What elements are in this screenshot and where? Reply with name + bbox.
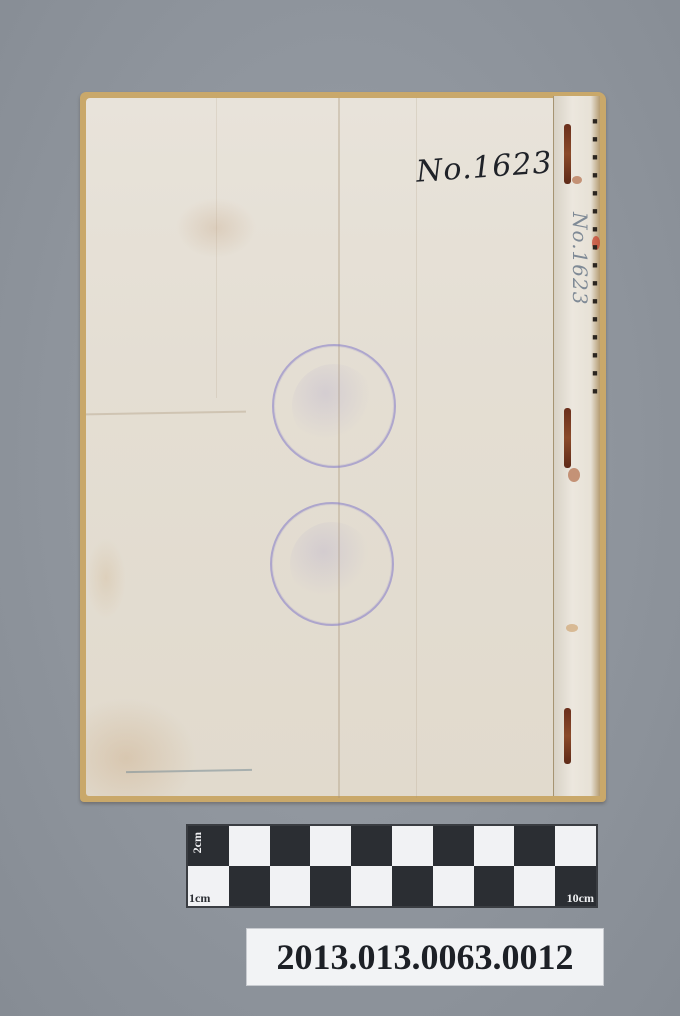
rust-spot xyxy=(572,176,582,184)
scale-cell: 10cm xyxy=(555,866,596,906)
spine-text-marks: ■■■■■■■■■■■■■■■■ xyxy=(592,116,600,736)
scale-bar: 2cm 1cm 10cm xyxy=(186,824,598,908)
crease-vertical xyxy=(416,98,417,798)
cover-inscription: No.1623 xyxy=(415,145,554,189)
scale-cell xyxy=(270,826,311,866)
spine: No.1623 ■■■■■■■■■■■■■■■■ xyxy=(553,96,600,796)
scale-cell xyxy=(514,866,555,906)
scale-cell xyxy=(270,866,311,906)
scale-cell xyxy=(351,866,392,906)
scale-cell xyxy=(310,866,351,906)
scale-label-10cm: 10cm xyxy=(567,891,594,906)
scale-cell xyxy=(474,826,515,866)
scale-cell: 2cm xyxy=(188,826,229,866)
scale-cell xyxy=(310,826,351,866)
scale-cell xyxy=(514,826,555,866)
scale-label-1cm: 1cm xyxy=(189,891,210,906)
book: No.1623 No.1623 ■■■■■■■■■■■■■■■■ xyxy=(80,92,606,802)
scale-cell xyxy=(229,866,270,906)
stitch-bottom xyxy=(564,708,571,764)
scale-label-2cm: 2cm xyxy=(190,832,205,853)
scale-cell xyxy=(392,866,433,906)
crease-vertical xyxy=(216,98,217,398)
scale-cell xyxy=(229,826,270,866)
pencil-mark xyxy=(126,769,252,773)
stamp-upper xyxy=(272,344,396,468)
catalog-number-label: 2013.013.0063.0012 xyxy=(246,928,604,986)
scale-cell xyxy=(555,826,596,866)
stitch-top xyxy=(564,124,571,184)
scale-cell xyxy=(433,866,474,906)
scale-cell xyxy=(474,866,515,906)
scale-cell: 1cm xyxy=(188,866,229,906)
spine-inscription: No.1623 xyxy=(568,212,592,305)
scale-cell xyxy=(351,826,392,866)
scale-cell xyxy=(433,826,474,866)
rust-spot xyxy=(568,468,580,482)
crease-horizontal xyxy=(86,411,246,416)
stitch-middle xyxy=(564,408,571,468)
scale-cell xyxy=(392,826,433,866)
rust-spot xyxy=(566,624,578,632)
stamp-lower xyxy=(270,502,394,626)
back-cover: No.1623 xyxy=(86,98,554,796)
